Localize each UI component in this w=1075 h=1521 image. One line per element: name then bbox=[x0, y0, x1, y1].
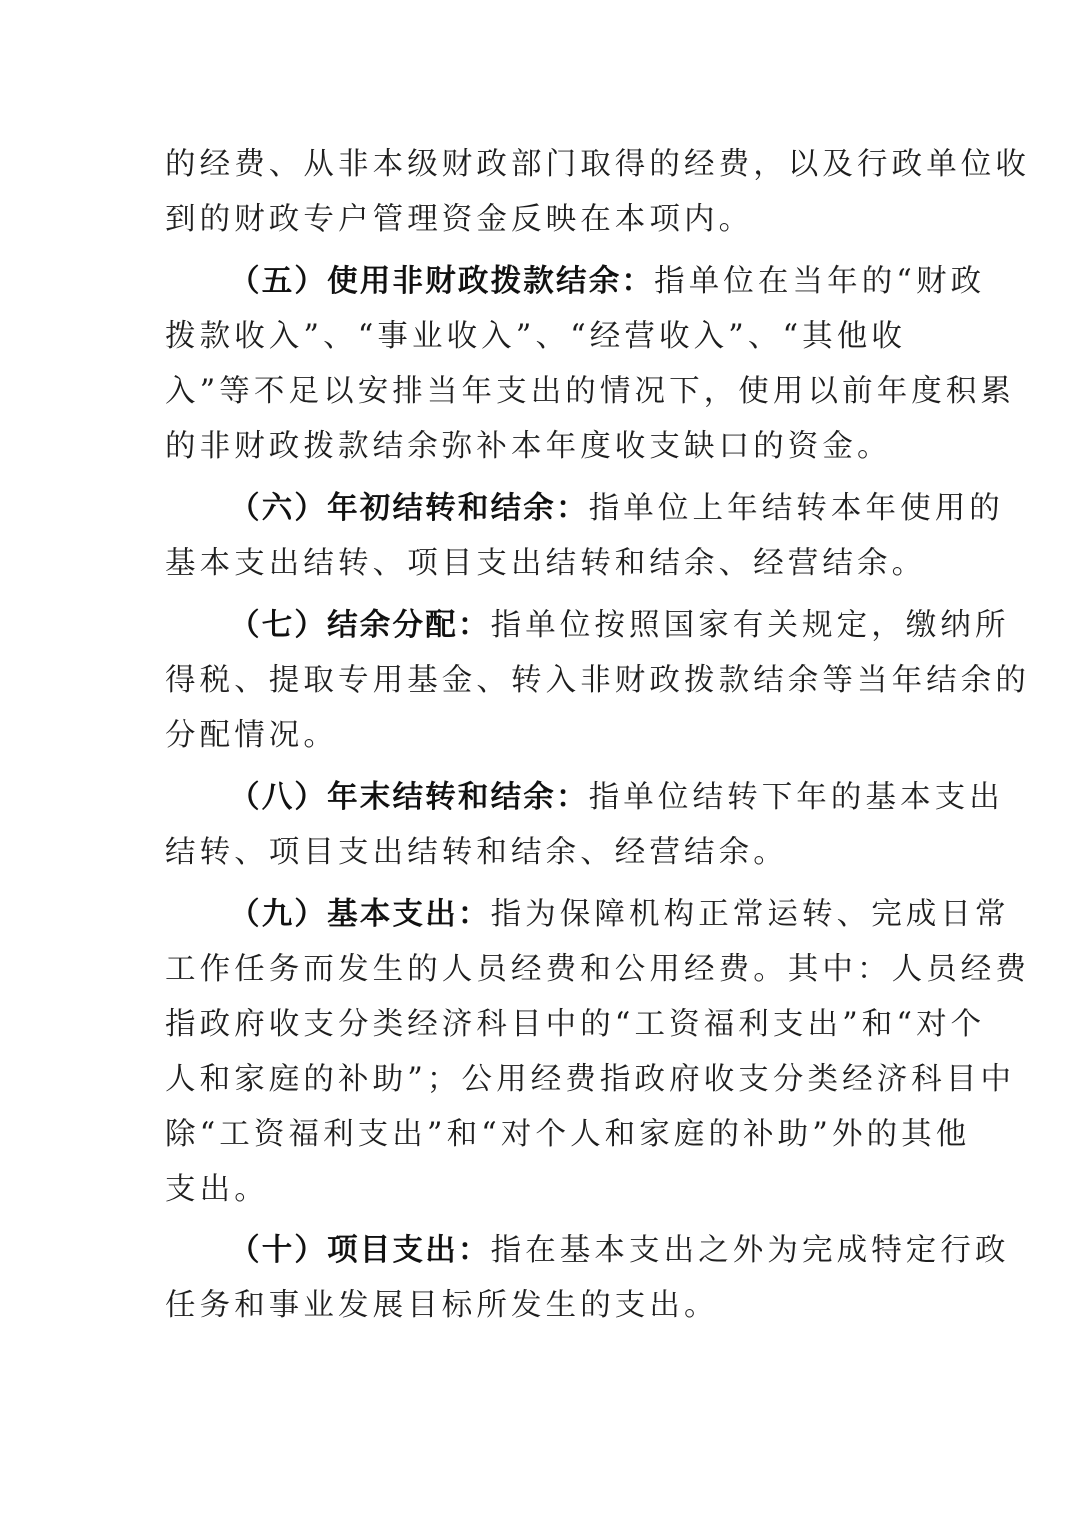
paragraph-line: 得税、提取专用基金、转入非财政拨款结余等当年结余的 bbox=[165, 661, 1030, 701]
paragraph-first-line-item-7: （七）结余分配：指单位按照国家有关规定，缴纳所 bbox=[229, 606, 1010, 646]
paragraph-line: 指政府收支分类经济科目中的“工资福利支出”和“对个 bbox=[165, 1005, 985, 1045]
section-heading-item-9: （九）基本支出： bbox=[229, 897, 491, 932]
paragraph-line: 任务和事业发展目标所发生的支出。 bbox=[165, 1286, 719, 1326]
section-heading-item-10: （十）项目支出： bbox=[229, 1233, 491, 1268]
paragraph-first-line-item-6: （六）年初结转和结余：指单位上年结转本年使用的 bbox=[229, 489, 1004, 529]
paragraph-text: 指单位在当年的“财政 bbox=[654, 264, 985, 299]
paragraph-text: 指单位结转下年的基本支出 bbox=[589, 780, 1004, 815]
section-heading-item-8: （八）年末结转和结余： bbox=[229, 780, 589, 815]
paragraph-line: 支出。 bbox=[165, 1170, 269, 1210]
paragraph-line: 入”等不足以安排当年支出的情况下，使用以前年度积累 bbox=[165, 372, 1015, 412]
paragraph-first-line-item-10: （十）项目支出：指在基本支出之外为完成特定行政 bbox=[229, 1231, 1010, 1271]
paragraph-line: 分配情况。 bbox=[165, 716, 338, 756]
paragraph-line: 除“工资福利支出”和“对个人和家庭的补助”外的其他 bbox=[165, 1115, 970, 1155]
paragraph-line: 基本支出结转、项目支出结转和结余、经营结余。 bbox=[165, 544, 926, 584]
paragraph-text: 指在基本支出之外为完成特定行政 bbox=[491, 1233, 1010, 1268]
paragraph-first-line-item-9: （九）基本支出：指为保障机构正常运转、完成日常 bbox=[229, 895, 1010, 935]
paragraph-line: 拨款收入”、“事业收入”、“经营收入”、“其他收 bbox=[165, 317, 906, 357]
section-heading-item-7: （七）结余分配： bbox=[229, 608, 491, 643]
section-heading-item-5: （五）使用非财政拨款结余： bbox=[229, 264, 654, 299]
paragraph-line: 到的财政专户管理资金反映在本项内。 bbox=[165, 200, 753, 240]
paragraph-first-line-item-5: （五）使用非财政拨款结余：指单位在当年的“财政 bbox=[229, 262, 985, 302]
paragraph-line: 人和家庭的补助”；公用经费指政府收支分类经济科目中 bbox=[165, 1060, 1015, 1100]
paragraph-text: 指为保障机构正常运转、完成日常 bbox=[491, 897, 1010, 932]
paragraph-line: 结转、项目支出结转和结余、经营结余。 bbox=[165, 833, 788, 873]
paragraph-line: 的非财政拨款结余弥补本年度收支缺口的资金。 bbox=[165, 427, 892, 467]
section-heading-item-6: （六）年初结转和结余： bbox=[229, 491, 589, 526]
paragraph-text: 指单位上年结转本年使用的 bbox=[589, 491, 1004, 526]
paragraph-line: 的经费、从非本级财政部门取得的经费，以及行政单位收 bbox=[165, 145, 1030, 185]
paragraph-first-line-item-8: （八）年末结转和结余：指单位结转下年的基本支出 bbox=[229, 778, 1004, 818]
paragraph-line: 工作任务而发生的人员经费和公用经费。其中：人员经费 bbox=[165, 950, 1030, 990]
paragraph-text: 指单位按照国家有关规定，缴纳所 bbox=[491, 608, 1010, 643]
